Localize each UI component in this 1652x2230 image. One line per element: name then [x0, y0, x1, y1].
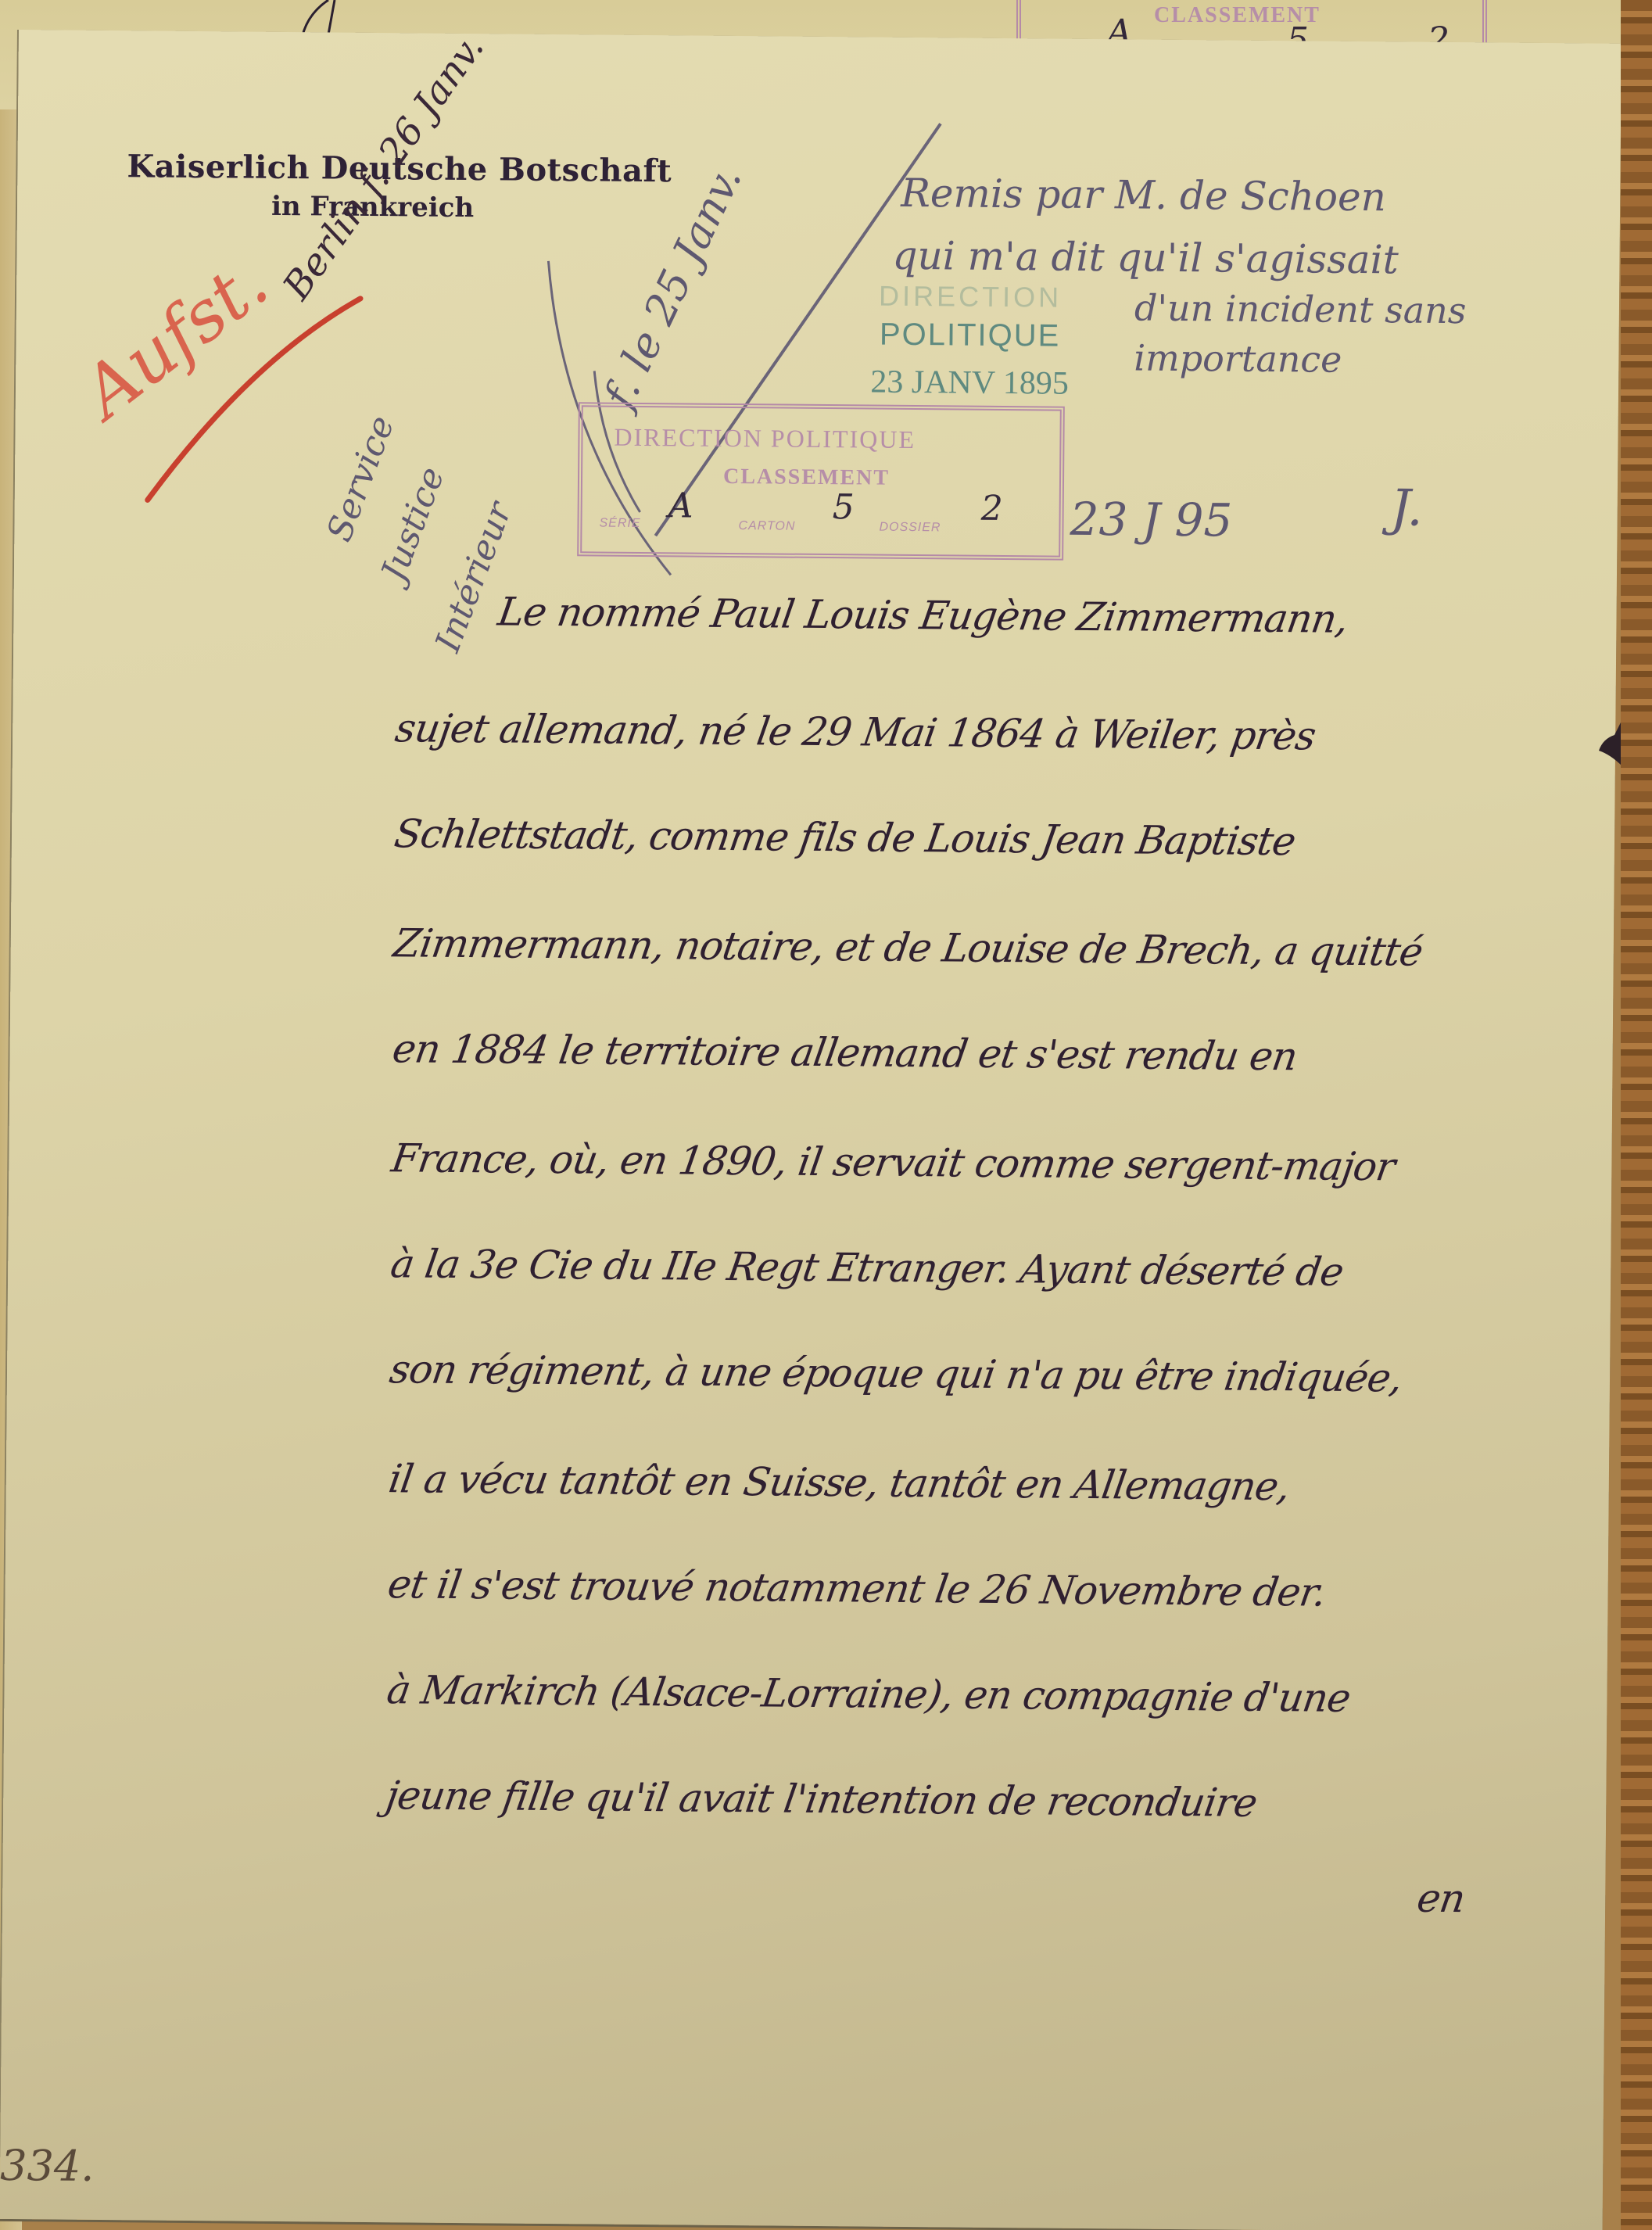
folio-number: 334. [0, 2141, 95, 2191]
catchword: en [1414, 1876, 1467, 1921]
body-line: à la 3e Cie du IIe Regt Etranger. Ayant … [388, 1241, 1346, 1295]
stamp-value-carton: 5 [832, 487, 854, 527]
classement-stamp: DIRECTION POLITIQUE CLASSEMENT SÉRIE A C… [577, 402, 1065, 560]
stamp-value-serie: A [668, 486, 693, 525]
pencil-note-line: Remis par M. de Schoen [901, 170, 1407, 220]
stamp-title: DIRECTION POLITIQUE [614, 423, 916, 454]
letter-sheet: Kaiserlich Deutsche Botschaft in Frankre… [0, 30, 1622, 2230]
pencil-note-line: qui m'a dit qu'il s'agissait [892, 233, 1399, 283]
pencil-note-justice: Justice [374, 462, 453, 586]
date-stamp-date: 23 JANV 1895 [821, 363, 1118, 403]
initial-signature: J. [1390, 479, 1423, 537]
stamp-subtitle: CLASSEMENT [723, 464, 890, 491]
pencil-note-line: importance [1134, 336, 1640, 383]
wooden-table-edge [1621, 0, 1652, 2230]
body-line: en 1884 le territoire allemand et s'est … [389, 1026, 1299, 1079]
body-line: Schlettstadt, comme fils de Louis Jean B… [392, 811, 1299, 864]
body-line: et il s'est trouvé notamment le 26 Novem… [385, 1561, 1328, 1615]
stamp-label-carton: CARTON [738, 519, 795, 534]
body-line: sujet allemand, né le 29 Mai 1864 à Weil… [392, 705, 1318, 758]
body-line: jeune fille qu'il avait l'intention de r… [383, 1773, 1260, 1826]
body-line: il a vécu tantôt en Suisse, tantôt en Al… [386, 1456, 1293, 1509]
pencil-note-line: d'un incident sans [1134, 286, 1641, 333]
body-line: France, où, en 1890, il servait comme se… [389, 1135, 1398, 1189]
body-line: son régiment, à une époque qui n'a pu êt… [387, 1346, 1405, 1400]
pencil-note-top-right: Remis par M. de Schoen qui m'a dit qu'il… [900, 170, 1407, 350]
body-line: Zimmermann, notaire, et de Louise de Bre… [390, 920, 1425, 974]
stamp-label-dossier: DOSSIER [879, 521, 941, 536]
body-line: Le nommé Paul Louis Eugène Zimmermann, [495, 589, 1351, 641]
stamp-value-dossier: 2 [980, 489, 1002, 529]
pencil-date-note: 23 J 95 [1070, 493, 1232, 547]
stamp-label-serie: SÉRIE [599, 517, 640, 531]
body-line: à Markirch (Alsace-Lorraine), en compagn… [384, 1667, 1353, 1721]
